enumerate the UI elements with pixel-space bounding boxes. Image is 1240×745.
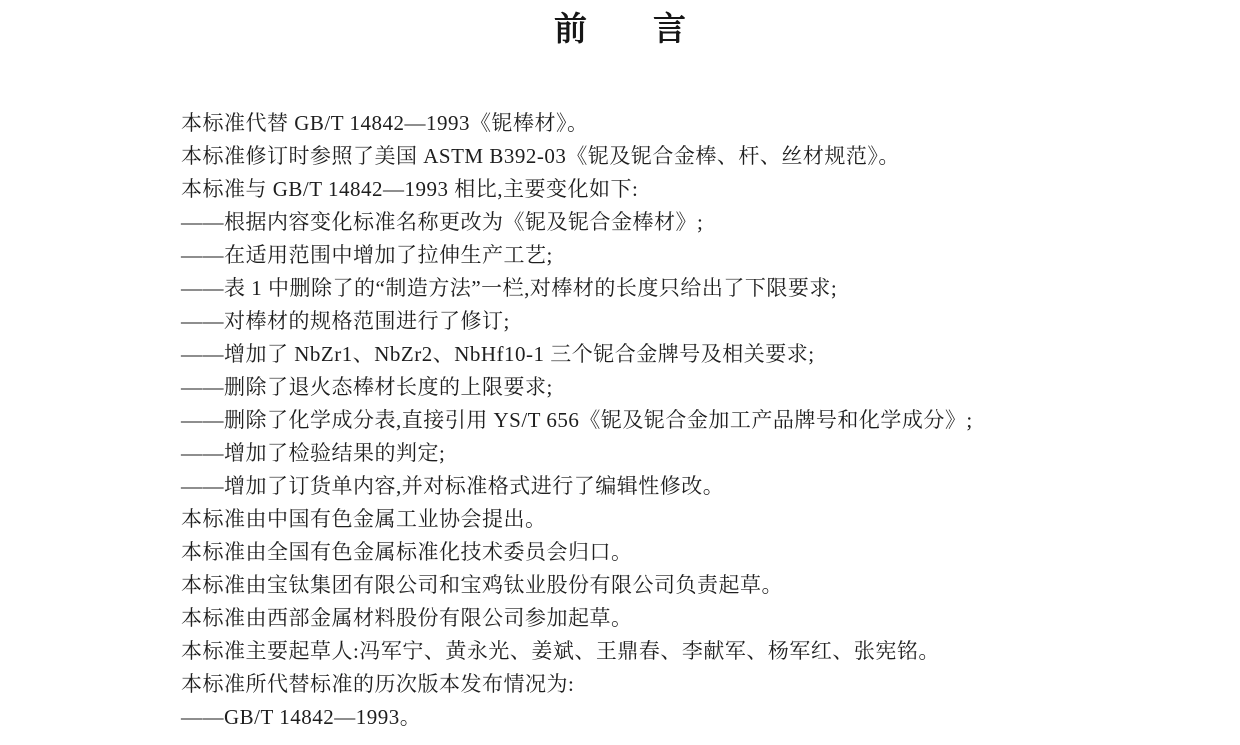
paragraph-line: ——在适用范围中增加了拉伸生产工艺; (181, 239, 1211, 272)
paragraph-line: 本标准代替 GB/T 14842—1993《铌棒材》。 (181, 107, 1211, 140)
paragraph-line: ——增加了检验结果的判定; (181, 437, 1211, 470)
paragraph-line: 本标准由中国有色金属工业协会提出。 (181, 503, 1211, 536)
paragraph-line: 本标准由全国有色金属标准化技术委员会归口。 (181, 536, 1211, 569)
document-body: 本标准代替 GB/T 14842—1993《铌棒材》。 本标准修订时参照了美国 … (181, 107, 1211, 734)
paragraph-line: 本标准主要起草人:冯军宁、黄永光、姜斌、王鼎春、李献军、杨军红、张宪铭。 (181, 635, 1211, 668)
paragraph-line: ——根据内容变化标准名称更改为《铌及铌合金棒材》; (181, 206, 1211, 239)
document-page: 前 言 本标准代替 GB/T 14842—1993《铌棒材》。 本标准修订时参照… (0, 0, 1240, 745)
page-title: 前 言 (0, 10, 1240, 48)
paragraph-line: ——删除了化学成分表,直接引用 YS/T 656《铌及铌合金加工产品牌号和化学成… (181, 404, 1211, 437)
paragraph-line: ——增加了 NbZr1、NbZr2、NbHf10-1 三个铌合金牌号及相关要求; (181, 338, 1211, 371)
paragraph-line: ——删除了退火态棒材长度的上限要求; (181, 371, 1211, 404)
paragraph-line: 本标准由西部金属材料股份有限公司参加起草。 (181, 602, 1211, 635)
paragraph-line: 本标准修订时参照了美国 ASTM B392-03《铌及铌合金棒、杆、丝材规范》。 (181, 140, 1211, 173)
paragraph-line: ——GB/T 14842—1993。 (181, 701, 1211, 734)
paragraph-line: ——增加了订货单内容,并对标准格式进行了编辑性修改。 (181, 470, 1211, 503)
paragraph-line: ——表 1 中删除了的“制造方法”一栏,对棒材的长度只给出了下限要求; (181, 272, 1211, 305)
paragraph-line: 本标准所代替标准的历次版本发布情况为: (181, 668, 1211, 701)
paragraph-line: 本标准由宝钛集团有限公司和宝鸡钛业股份有限公司负责起草。 (181, 569, 1211, 602)
paragraph-line: ——对棒材的规格范围进行了修订; (181, 305, 1211, 338)
paragraph-line: 本标准与 GB/T 14842—1993 相比,主要变化如下: (181, 173, 1211, 206)
